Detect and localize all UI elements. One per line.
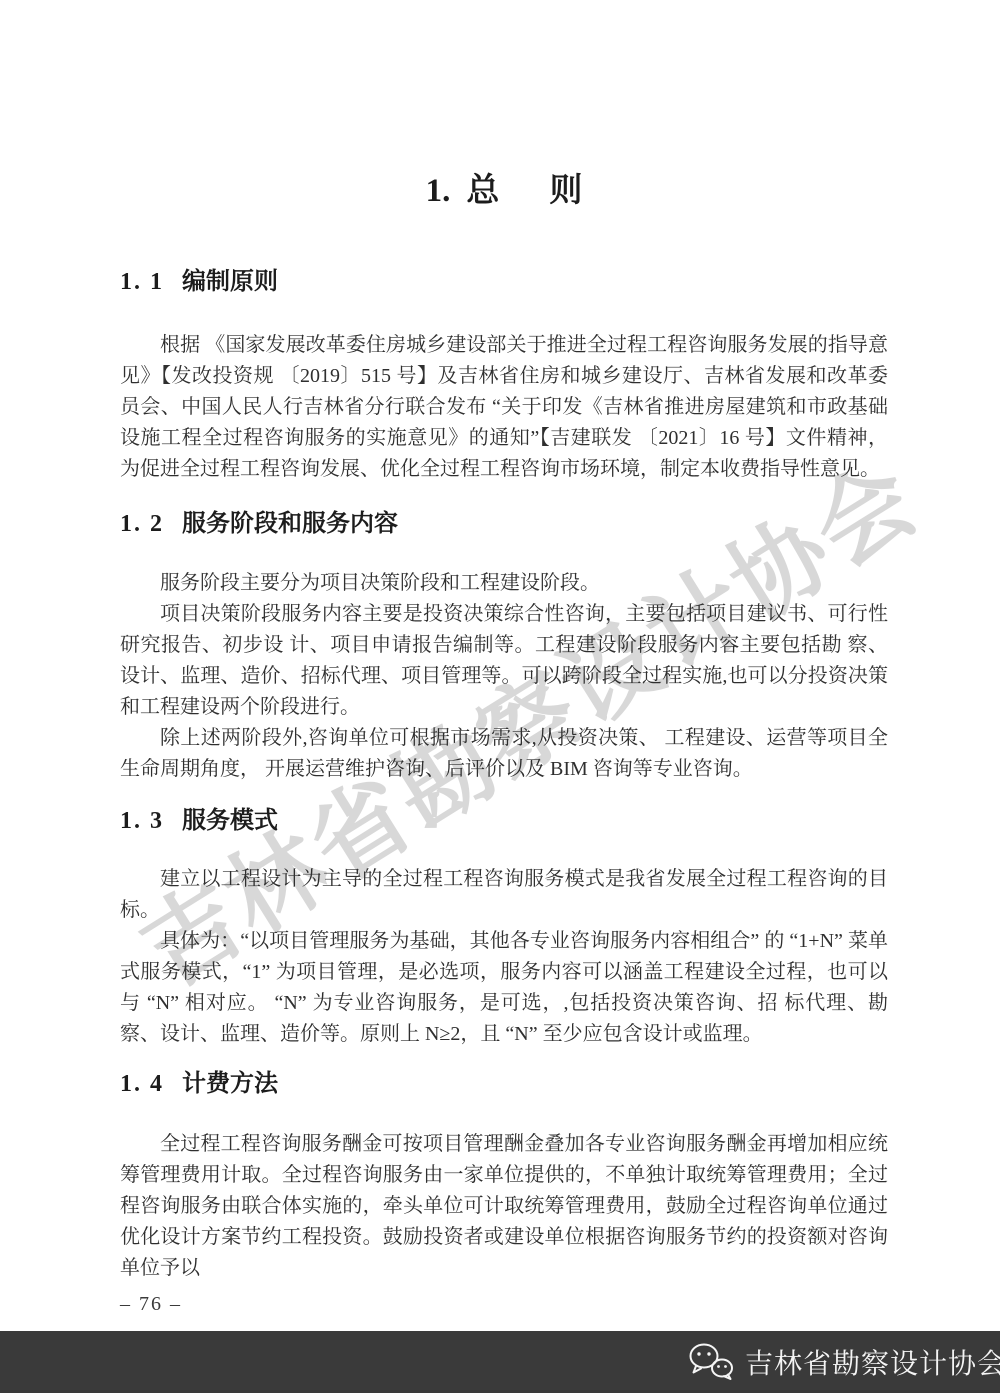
section-heading-1-2: 1. 2服务阶段和服务内容 [120, 508, 888, 540]
paragraph: 服务阶段主要分为项目决策阶段和工程建设阶段。 [120, 568, 888, 599]
section-1-3: 1. 3服务模式 建立以工程设计为主导的全过程工程咨询服务模式是我省发展全过程工… [120, 805, 888, 1050]
section-1-1: 1. 1编制原则 根据 《国家发展改革委住房城乡建设部关于推进全过程工程咨询服务… [120, 266, 888, 485]
paragraph: 除上述两阶段外,咨询单位可根据市场需求,从投资决策、 工程建设、运营等项目全生命… [120, 723, 888, 785]
section-1-4: 1. 4计费方法 全过程工程咨询服务酬金可按项目管理酬金叠加各专业咨询服务酬金再… [120, 1068, 888, 1284]
section-number: 1. 4 [120, 1071, 164, 1097]
section-title: 服务阶段和服务内容 [182, 511, 398, 537]
page-title: 1.总则 [120, 0, 888, 214]
section-title: 计费方法 [182, 1071, 278, 1097]
section-title: 服务模式 [182, 808, 278, 834]
paragraph: 具体为：“以项目管理服务为基础，其他各专业咨询服务内容相组合” 的 “1+N” … [120, 926, 888, 1050]
document-page: 吉林省勘察设计协会 1.总则 1. 1编制原则 根据 《国家发展改革委住房城乡建… [0, 0, 1000, 1393]
section-number: 1. 2 [120, 511, 164, 537]
page-content: 1.总则 1. 1编制原则 根据 《国家发展改革委住房城乡建设部关于推进全过程工… [0, 0, 1000, 1316]
title-number: 1. [426, 173, 451, 209]
paragraph: 根据 《国家发展改革委住房城乡建设部关于推进全过程工程咨询服务发展的指导意见》【… [120, 330, 888, 485]
paragraph: 项目决策阶段服务内容主要是投资决策综合性咨询，主要包括项目建议书、可行性研究报告… [120, 599, 888, 723]
footer-logo-text: 吉林省勘察设计协会 [745, 1342, 1000, 1382]
section-heading-1-1: 1. 1编制原则 [120, 266, 888, 298]
title-word-1: 总 [466, 173, 499, 209]
section-number: 1. 3 [120, 808, 164, 834]
section-number: 1. 1 [120, 269, 164, 295]
footer-bar: 吉林省勘察设计协会 [0, 1331, 1000, 1393]
paragraph: 建立以工程设计为主导的全过程工程咨询服务模式是我省发展全过程工程咨询的目标。 [120, 864, 888, 926]
section-heading-1-3: 1. 3服务模式 [120, 805, 888, 837]
association-logo: 吉林省勘察设计协会 [686, 1341, 1000, 1383]
section-title: 编制原则 [182, 269, 278, 295]
page-number: – 76 – [120, 1293, 888, 1316]
section-1-2: 1. 2服务阶段和服务内容 服务阶段主要分为项目决策阶段和工程建设阶段。 项目决… [120, 508, 888, 785]
wechat-icon [686, 1341, 736, 1383]
paragraph: 全过程工程咨询服务酬金可按项目管理酬金叠加各专业咨询服务酬金再增加相应统筹管理费… [120, 1129, 888, 1284]
section-heading-1-4: 1. 4计费方法 [120, 1068, 888, 1100]
title-word-2: 则 [549, 173, 582, 209]
